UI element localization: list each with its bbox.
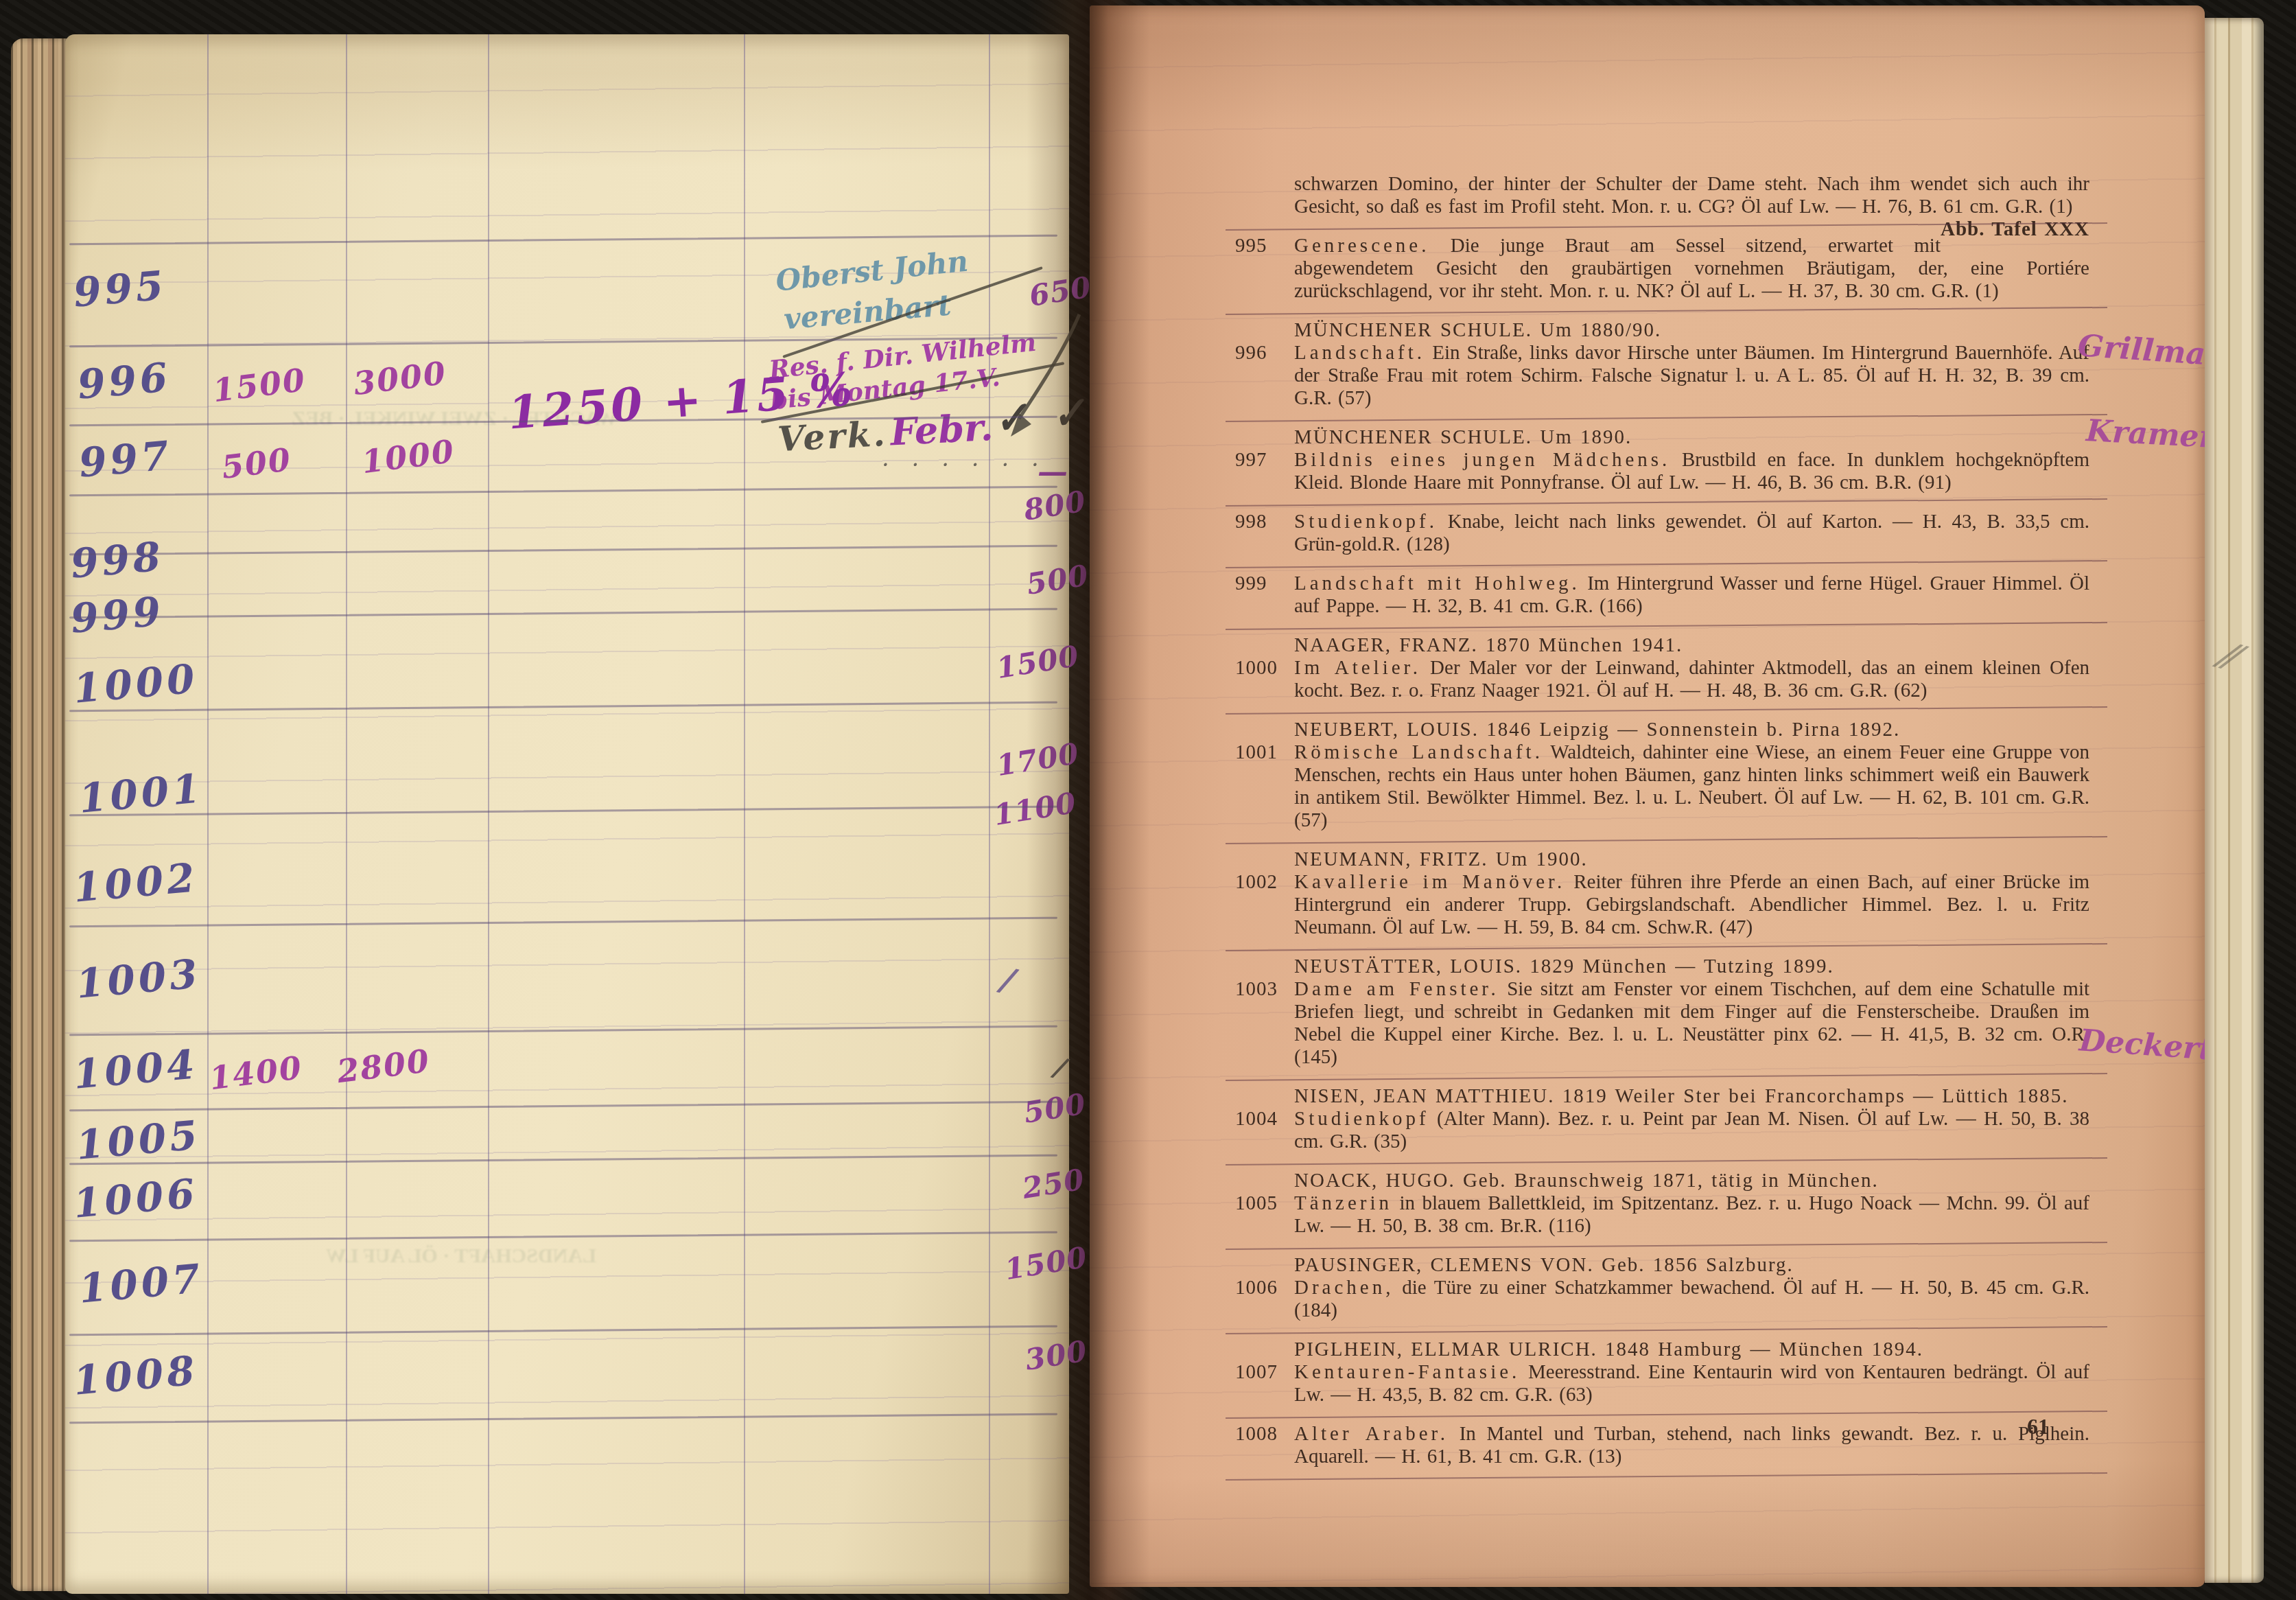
lot-title: Landschaft mit Hohlweg. [1294, 572, 1580, 594]
ledger-mark: ✓ [1048, 388, 1089, 440]
catalog-unit: NEUMANN, FRITZ. Um 1900.1002Kavallerie i… [1235, 839, 2089, 939]
entry-divider [1226, 836, 2107, 844]
lot-number: 1005 [1235, 1192, 1278, 1215]
entry-divider [1226, 414, 2107, 422]
ledger-result-price: 1500 [994, 639, 1081, 685]
margin-buyer-name-1004: Deckert [2078, 1025, 2214, 1065]
lot-number: 1000 [1235, 657, 1278, 680]
catalog-unit: NISEN, JEAN MATTHIEU. 1819 Weiler Ster b… [1235, 1076, 2089, 1153]
ledger-entry-separator [69, 1025, 1057, 1036]
artist-header: NAAGER, FRANZ. 1870 München 1941. [1294, 634, 2089, 657]
artist-header: NOACK, HUGO. Geb. Braunschweig 1871, tät… [1294, 1170, 2089, 1192]
catalog-entry: 1005Tänzerin in blauem Ballettkleid, im … [1235, 1192, 2089, 1238]
catalog-entry: 998Studienkopf. Knabe, leicht nach links… [1235, 511, 2089, 556]
ledger-entry-separator [69, 917, 1057, 928]
ledger-entry-separator [69, 1325, 1057, 1336]
artist-header: NEUSTÄTTER, LOUIS. 1829 München — Tutzin… [1294, 955, 2089, 978]
ledger-result-price: 250 [1020, 1162, 1087, 1205]
catalog-unit: NEUBERT, LOUIS. 1846 Leipzig — Sonnenste… [1235, 710, 2089, 832]
catalog-entry: 1000Im Atelier. Der Maler vor der Leinwa… [1235, 657, 2089, 702]
ledger-price-col1: 500 [220, 441, 294, 486]
entry-divider [1226, 560, 2107, 568]
pencil-dots: · · · · · · [882, 452, 1046, 479]
lot-number: 996 [1235, 342, 1267, 364]
artist-header: PIGLHEIN, ELLMAR ULRICH. 1848 Hamburg — … [1294, 1338, 2089, 1361]
entry-divider [1226, 222, 2107, 231]
lot-number: 1006 [1235, 1277, 1278, 1299]
catalog-entry: 999Landschaft mit Hohlweg. Im Hintergrun… [1235, 572, 2089, 618]
lot-number: 995 [1235, 235, 1267, 257]
sold-buyer: Febr. [889, 405, 994, 454]
artist-header: NEUBERT, LOUIS. 1846 Leipzig — Sonnenste… [1294, 719, 2089, 741]
lot-number: 1001 [1235, 741, 1278, 764]
entry-divider [1226, 1073, 2107, 1081]
ledger-entry-separator [69, 1101, 1057, 1112]
lot-title: Studienkopf. [1294, 511, 1438, 533]
catalog-entry: 1004Studienkopf (Alter Mann). Bez. r. u.… [1235, 1108, 2089, 1153]
catalog-entry: 996Landschaft. Ein Straße, links davor H… [1235, 342, 2089, 410]
catalog-unit: 995Genrescene. Die junge Braut am Sessel… [1235, 226, 2089, 303]
artist-header: PAUSINGER, CLEMENS VON. Geb. 1856 Salzbu… [1294, 1254, 2089, 1277]
ledger-result-price: 300 [1023, 1334, 1090, 1377]
ledger-lot-number: 996 [75, 353, 172, 408]
catalog-entry: 1007Kentauren-Fantasie. Meeresstrand. Ei… [1235, 1361, 2089, 1406]
lot-title: Tänzerin [1294, 1192, 1392, 1214]
ledger-result-price: 1100 [992, 786, 1079, 832]
ledger-lot-number: 1007 [77, 1255, 205, 1312]
ledger-column-rule [346, 34, 347, 1594]
catalog-unit: NAAGER, FRANZ. 1870 München 1941.1000Im … [1235, 625, 2089, 702]
entry-divider [1226, 307, 2107, 315]
ledger-lot-number: 997 [77, 432, 174, 487]
catalog-unit: 1008Alter Araber. In Mantel und Turban, … [1235, 1414, 2089, 1468]
catalog-unit: MÜNCHENER SCHULE. Um 1880/90.996Landscha… [1235, 310, 2089, 410]
ledger-result-price: 1700 [994, 737, 1081, 782]
catalog-unit: schwarzen Domino, der hinter der Schulte… [1235, 173, 2089, 218]
lot-number: 999 [1235, 572, 1267, 595]
lot-number: 1004 [1235, 1108, 1278, 1131]
artist-header: MÜNCHENER SCHULE. Um 1890. [1294, 426, 2089, 449]
ledger-lot-number: 995 [71, 262, 168, 316]
lot-number: 1003 [1235, 978, 1278, 1001]
ledger-result-price: 500 [1024, 558, 1091, 601]
ledger-lot-number: 1000 [71, 655, 200, 712]
lot-title: Genrescene. [1294, 235, 1430, 257]
margin-buyer-name-997: Kramer [2085, 415, 2216, 454]
page-number: 61 [2027, 1414, 2049, 1439]
ledger-price-col1: 1500 [211, 361, 308, 409]
ledger-result-price: 800 [1022, 484, 1088, 527]
artist-header: NEUMANN, FRITZ. Um 1900. [1294, 848, 2089, 871]
lot-title: Dame am Fenster. [1294, 978, 1499, 1000]
catalog-entry: 1003Dame am Fenster. Sie sitzt am Fenste… [1235, 978, 2089, 1069]
lot-title: Im Atelier. [1294, 657, 1421, 679]
artist-header: MÜNCHENER SCHULE. Um 1880/90. [1294, 319, 2089, 342]
entry-divider [1226, 706, 2107, 715]
ledger-entry-separator [69, 486, 1057, 497]
entry-divider [1226, 1411, 2107, 1419]
entry-divider [1226, 1472, 2107, 1481]
lot-title: Römische Landschaft. [1294, 741, 1543, 763]
catalog-unit: PIGLHEIN, ELLMAR ULRICH. 1848 Hamburg — … [1235, 1330, 2089, 1406]
entry-divider [1226, 1326, 2107, 1334]
ledger-entry-separator [69, 806, 1057, 817]
ledger-result-price: 650 [1027, 270, 1094, 313]
catalog-unit: 999Landschaft mit Hohlweg. Im Hintergrun… [1235, 564, 2089, 618]
ledger-entry-separator [69, 545, 1057, 556]
lot-number: 1008 [1235, 1423, 1278, 1446]
catalog-entry: 1006Drachen, die Türe zu einer Schatzkam… [1235, 1277, 2089, 1322]
ledger-column-rule [488, 34, 489, 1594]
catalog-entry: 997Bildnis eines jungen Mädchens. Brustb… [1235, 449, 2089, 494]
entry-divider [1226, 1157, 2107, 1166]
entry-divider [1226, 498, 2107, 507]
catalog-entry: 1002Kavallerie im Manöver. Reiter führen… [1235, 871, 2089, 939]
ledger-mark: — [1038, 454, 1068, 489]
lot-title: Landschaft. [1294, 342, 1425, 364]
ledger-column-rule [989, 34, 990, 1594]
ledger-entry-separator [69, 1231, 1057, 1242]
ledger-entry-separator [69, 608, 1057, 619]
lot-number: 997 [1235, 449, 1267, 472]
ledger-price-col2: 3000 [351, 354, 449, 402]
lot-title: Bildnis eines jungen Mädchens. [1294, 449, 1670, 471]
ledger-entry-separator [69, 702, 1057, 712]
ledger-price-col1: 1400 [207, 1049, 305, 1097]
catalog-page: schwarzen Domino, der hinter der Schulte… [1090, 5, 2205, 1587]
lot-number: 998 [1235, 511, 1267, 533]
catalog-entry: schwarzen Domino, der hinter der Schulte… [1235, 173, 2089, 218]
ledger-mark: ∕ [997, 960, 1018, 1001]
ledger-lot-number: 998 [69, 533, 165, 588]
catalog-entry: 1008Alter Araber. In Mantel und Turban, … [1235, 1423, 2089, 1468]
ledger-mark: ∕ [1051, 1051, 1070, 1085]
ledger-result-price: 500 [1022, 1087, 1088, 1130]
lot-title: Alter Araber. [1294, 1423, 1449, 1445]
catalog-unit: NOACK, HUGO. Geb. Braunschweig 1871, tät… [1235, 1161, 2089, 1238]
lot-title: Kentauren-Fantasie. [1294, 1361, 1520, 1383]
page-stack-right-edge [2205, 18, 2264, 1583]
auction-catalog-photo: WACHTEL · ZWEI WINKEL · BEZ LANDSCHAFT ·… [0, 0, 2296, 1600]
catalog-entries: schwarzen Domino, der hinter der Schulte… [1235, 173, 2089, 1485]
entry-divider [1226, 622, 2107, 630]
ledger-lot-number: 999 [69, 588, 165, 642]
ledger-mark: ✓ [990, 393, 1031, 445]
lot-title: Kavallerie im Manöver. [1294, 871, 1565, 893]
ledger-entry-separator [69, 235, 1057, 246]
catalog-unit: NEUSTÄTTER, LOUIS. 1829 München — Tutzin… [1235, 947, 2089, 1069]
catalog-unit: PAUSINGER, CLEMENS VON. Geb. 1856 Salzbu… [1235, 1245, 2089, 1322]
ledger-price-col2: 2800 [335, 1042, 432, 1090]
ledger-lot-number: 1005 [74, 1111, 202, 1169]
ledger-column-rule [744, 34, 745, 1594]
lot-title: Drachen, [1294, 1277, 1394, 1299]
catalog-entry: 1001Römische Landschaft. Waldteich, dahi… [1235, 741, 2089, 832]
lot-number: 1002 [1235, 871, 1278, 894]
lot-title: Studienkopf [1294, 1108, 1429, 1130]
ledger-entry-separator [69, 1413, 1057, 1424]
catalog-unit: MÜNCHENER SCHULE. Um 1890.997Bildnis ein… [1235, 417, 2089, 494]
catalog-entry: 995Genrescene. Die junge Braut am Sessel… [1235, 235, 2089, 303]
artist-header: NISEN, JEAN MATTHIEU. 1819 Weiler Ster b… [1294, 1085, 2089, 1108]
entry-divider [1226, 1242, 2107, 1250]
ledger-result-price: 1500 [1003, 1240, 1090, 1286]
page-stack-left-edge [11, 38, 67, 1591]
lot-number: 1007 [1235, 1361, 1278, 1384]
catalog-unit: 998Studienkopf. Knabe, leicht nach links… [1235, 502, 2089, 556]
ledger-lot-number: 1003 [74, 950, 202, 1008]
ledger-lot-number: 1004 [71, 1041, 200, 1098]
ledger-price-col2: 1000 [360, 432, 457, 480]
ledger-lot-number: 1002 [71, 854, 200, 912]
ledger-entry-separator [69, 1155, 1057, 1166]
ledger-page: WACHTEL · ZWEI WINKEL · BEZ LANDSCHAFT ·… [65, 34, 1069, 1594]
entry-divider [1226, 943, 2107, 951]
bleed-through-text: LANDSCHAFT · ÖL AUF LW [326, 1242, 596, 1270]
ledger-lot-number: 1008 [71, 1347, 200, 1404]
ledger-lot-number: 1006 [71, 1170, 200, 1227]
